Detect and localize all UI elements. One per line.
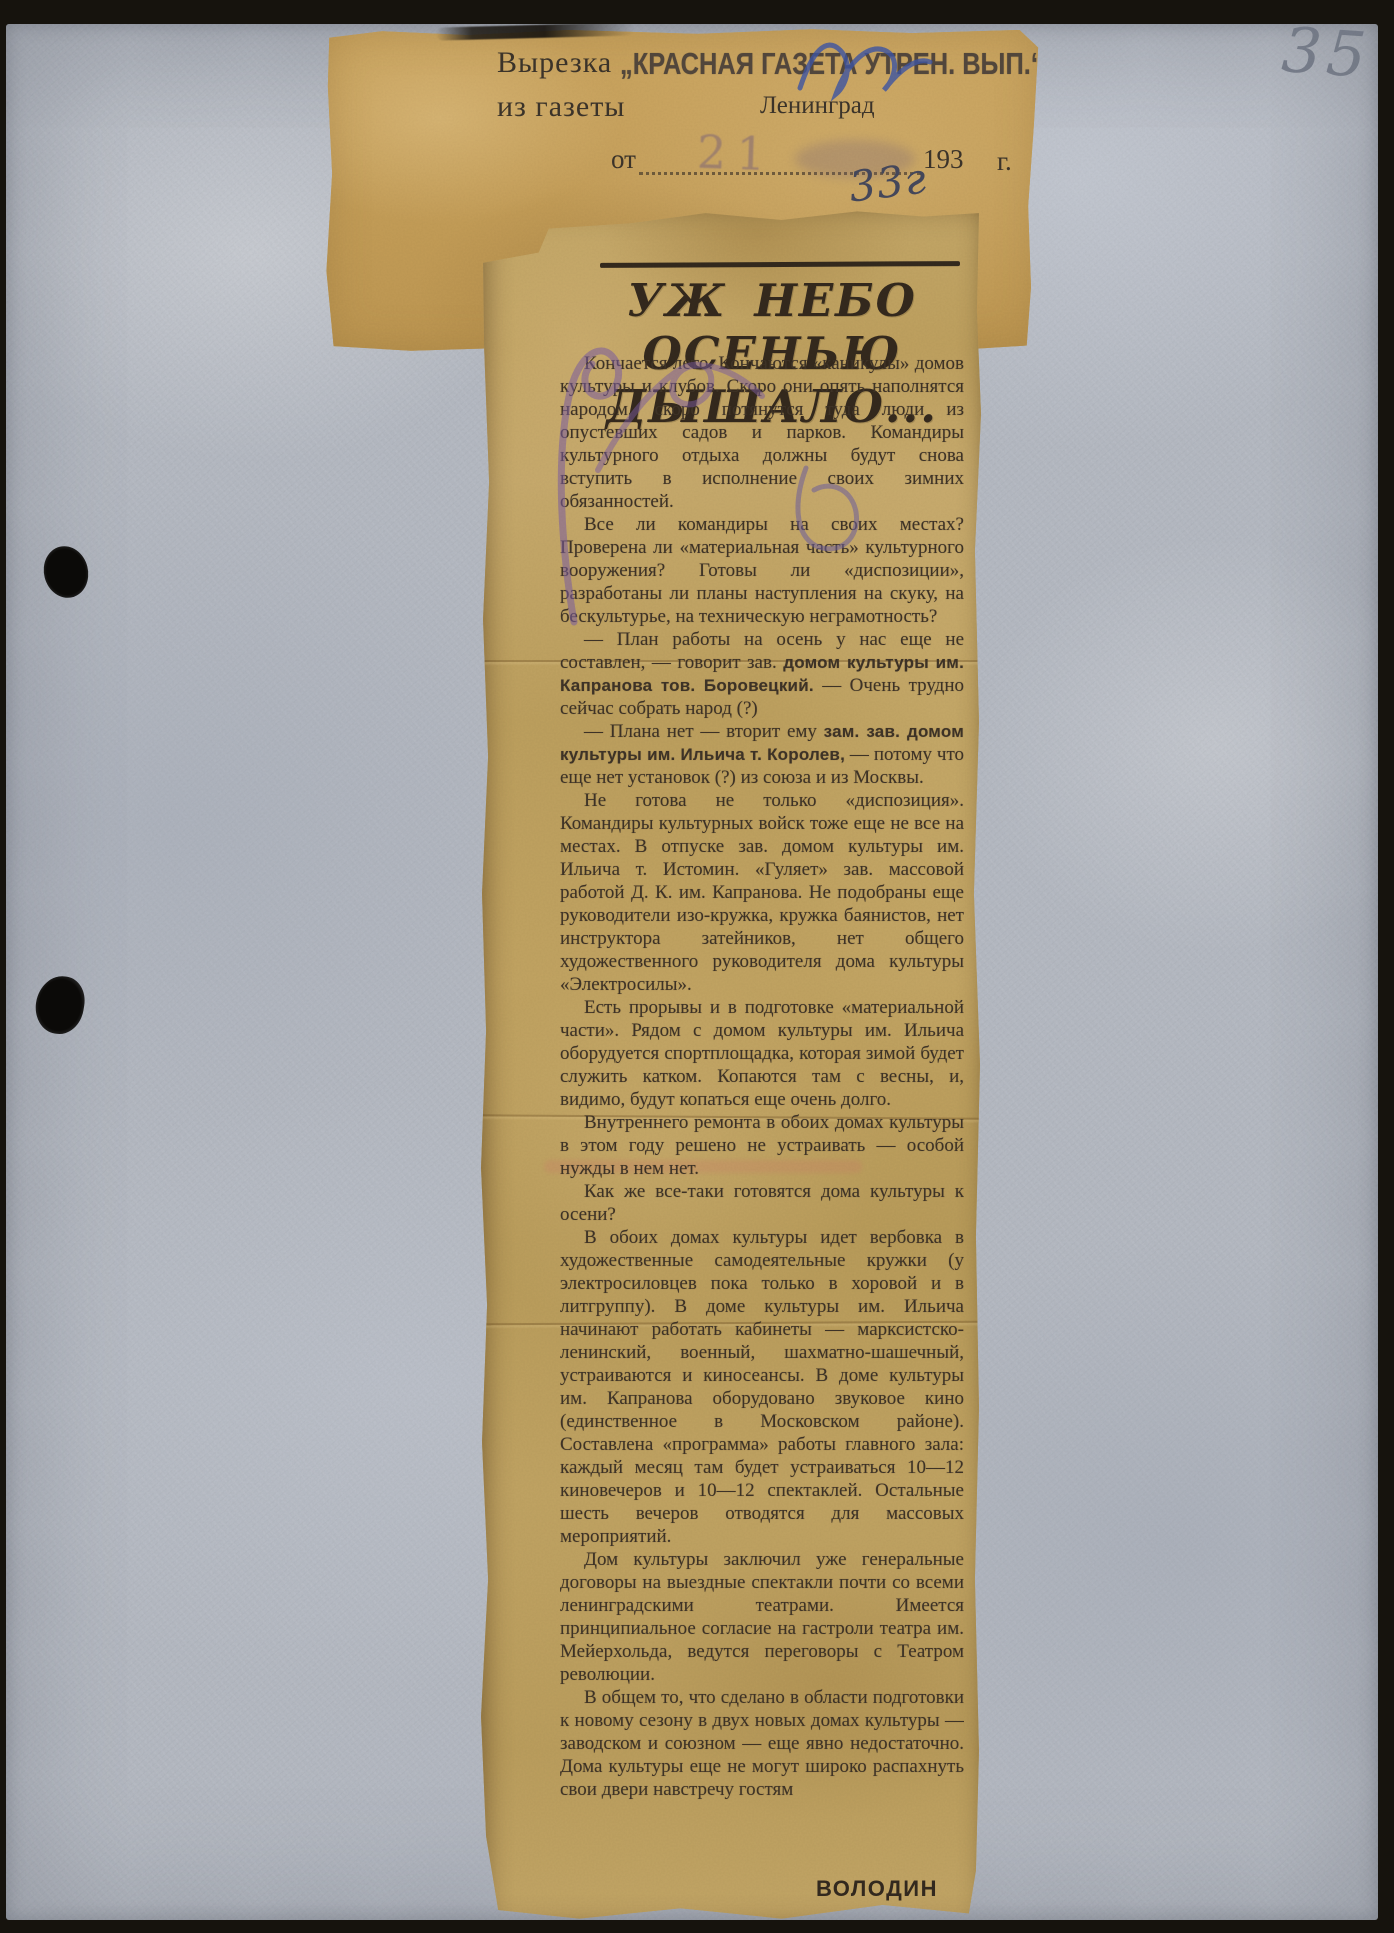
headline-rule [600,261,960,268]
text-run: Кончается лето. Кончаются «каникулы» дом… [560,353,964,512]
text-run: Дом культуры заключил уже генеральные до… [560,1549,964,1685]
article-paragraph: — Плана нет — вторит ему зам. зав. домом… [560,720,964,789]
article-paragraph: Как же все-таки готовятся дома культуры … [560,1180,964,1226]
text-run: — Плана нет — вторит ему [584,721,824,742]
article-paragraph: Все ли командиры на своих местах? Провер… [560,513,964,628]
article-paragraph: В общем то, что сделано в области подгот… [560,1686,964,1801]
article-body: Кончается лето. Кончаются «каникулы» дом… [560,352,964,1874]
text-run: Как же все-таки готовятся дома культуры … [560,1181,964,1225]
text-run: Все ли командиры на своих местах? Провер… [560,514,964,627]
archive-page-number: 35 [1280,13,1374,92]
newspaper-name-stamp: „КРАСНАЯ ГАЗЕТА УТРЕН. ВЫП.“ [620,46,1043,82]
article-paragraph: В обоих домах культуры идет вербовка в х… [560,1226,964,1548]
label-year-suffix: г. [997,146,1012,177]
handwritten-year: 33г [846,153,929,211]
article-signature: ВОЛОДИН [560,1876,964,1902]
text-run: Есть прорывы и в подготовке «материально… [560,997,964,1110]
label-field-vyrezka: Вырезка [497,46,612,80]
text-run: В общем то, что сделано в области подгот… [560,1687,964,1800]
article-paragraph: — План работы на осень у нас еще не сост… [560,628,964,720]
text-run: Внутреннего ремонта в обоих домах культу… [560,1112,964,1179]
newspaper-clipping: УЖ НЕБО ОСЕНЬЮ ДЫШАЛО... Кончается лето.… [478,208,984,1922]
stamped-date: 21 [696,125,776,182]
text-run: В обоих домах культуры идет вербовка в х… [560,1227,964,1547]
scanned-page: 35 Вырезка из газеты „КРАСНАЯ ГАЗЕТА УТР… [0,0,1394,1933]
label-date-prefix: от [611,144,636,175]
article-paragraph: Дом культуры заключил уже генеральные до… [560,1548,964,1686]
article-paragraph: Внутреннего ремонта в обоих домах культу… [560,1111,964,1180]
article-paragraph: Кончается лето. Кончаются «каникулы» дом… [560,352,964,513]
text-run: Не готова не только «диспозиция». Команд… [560,790,964,995]
article-paragraph: Не готова не только «диспозиция». Команд… [560,789,964,996]
label-city: Ленинград [760,92,875,120]
headline-line: УЖ НЕБО [574,274,970,327]
label-field-iz-gazety: из газеты [497,90,625,124]
article-paragraph: Есть прорывы и в подготовке «материально… [560,996,964,1111]
label-year-printed: 193 [923,144,964,175]
